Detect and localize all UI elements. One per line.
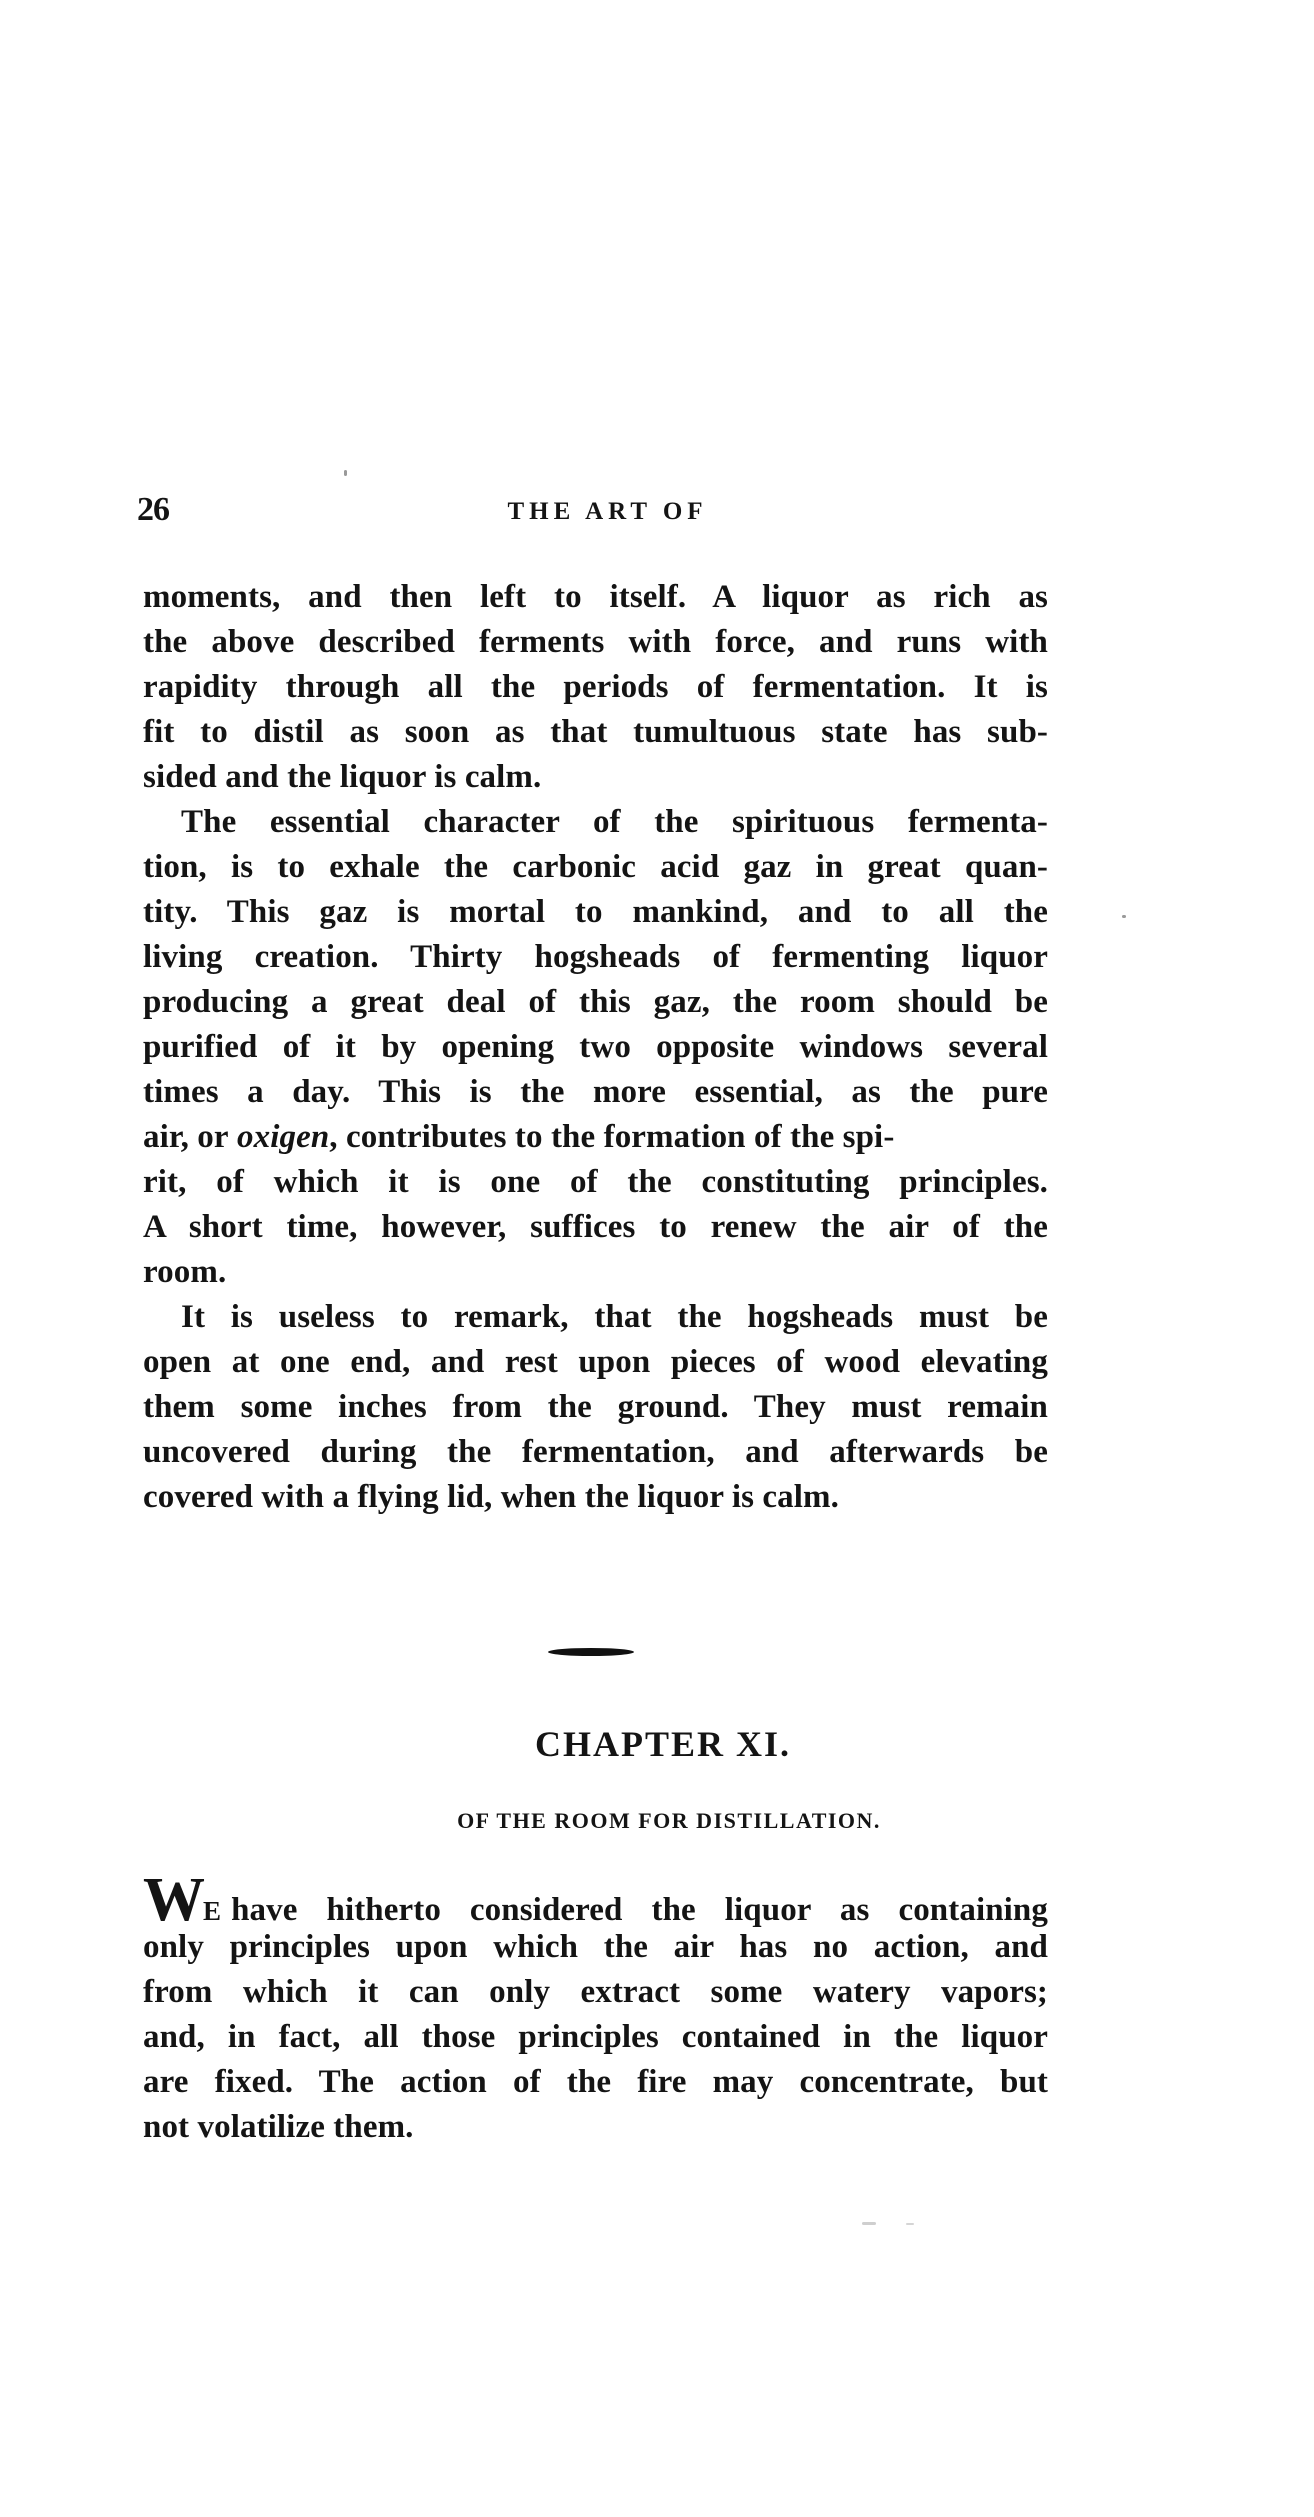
- text-line: It is useless to remark, that the hogshe…: [143, 1295, 1048, 1340]
- drop-cap-continuation: E: [203, 1896, 221, 1926]
- text-line: sided and the liquor is calm.: [143, 755, 1048, 800]
- paragraph: It is useless to remark, that the hogshe…: [143, 1295, 1048, 1520]
- text-line: room.: [143, 1250, 1048, 1295]
- text-line: covered with a flying lid, when the liqu…: [143, 1475, 1048, 1520]
- text-line-with-dropcap: WEhave hitherto considered the liquor as…: [143, 1880, 1048, 1925]
- print-speck: [344, 470, 347, 476]
- text-run: , contributes to the formation of the sp…: [329, 1119, 894, 1155]
- text-line: tion, is to exhale the carbonic acid gaz…: [143, 845, 1048, 890]
- text-line: living creation. Thirty hogsheads of fer…: [143, 935, 1048, 980]
- print-speck: [862, 2222, 876, 2225]
- text-line: them some inches from the ground. They m…: [143, 1385, 1048, 1430]
- body-text-continued: moments, and then left to itself. A liqu…: [143, 575, 1048, 1520]
- text-line: purified of it by opening two opposite w…: [143, 1025, 1048, 1070]
- text-line: open at one end, and rest upon pieces of…: [143, 1340, 1048, 1385]
- book-page: 26 THE ART OF moments, and then left to …: [0, 0, 1314, 2517]
- text-line: from which it can only extract some wate…: [143, 1970, 1048, 2015]
- text-run: air, or: [143, 1119, 229, 1155]
- text-line-with-italic: air, or oxigen, contributes to the forma…: [143, 1115, 1048, 1160]
- text-line: are fixed. The action of the fire may co…: [143, 2060, 1048, 2105]
- paragraph: The essential character of the spirituou…: [143, 800, 1048, 1295]
- text-line: rit, of which it is one of the constitut…: [143, 1160, 1048, 1205]
- text-line: rapidity through all the periods of ferm…: [143, 665, 1048, 710]
- text-line: producing a great deal of this gaz, the …: [143, 980, 1048, 1025]
- chapter-body-text: WEhave hitherto considered the liquor as…: [143, 1880, 1048, 2150]
- text-line: only principles upon which the air has n…: [143, 1925, 1048, 1970]
- text-line: and, in fact, all those principles conta…: [143, 2015, 1048, 2060]
- running-title: THE ART OF: [137, 492, 1048, 532]
- chapter-title: CHAPTER XI.: [0, 1722, 1314, 1766]
- running-head: 26 THE ART OF: [137, 488, 1048, 532]
- print-speck: [1122, 915, 1126, 918]
- text-line: uncovered during the fermentation, and a…: [143, 1430, 1048, 1475]
- text-line: the above described ferments with force,…: [143, 620, 1048, 665]
- text-line: moments, and then left to itself. A liqu…: [143, 575, 1048, 620]
- chapter-subtitle: OF THE ROOM FOR DISTILLATION.: [0, 1806, 1314, 1836]
- text-line: The essential character of the spirituou…: [143, 800, 1048, 845]
- italic-term: oxigen: [237, 1119, 329, 1155]
- text-line: fit to distil as soon as that tumultuous…: [143, 710, 1048, 755]
- print-speck: [906, 2223, 914, 2225]
- ornamental-rule: [548, 1648, 634, 1656]
- text-line: times a day. This is the more essential,…: [143, 1070, 1048, 1115]
- paragraph: WEhave hitherto considered the liquor as…: [143, 1880, 1048, 2150]
- text-line: A short time, however, suffices to renew…: [143, 1205, 1048, 1250]
- text-line: not volatilize them.: [143, 2105, 1048, 2150]
- drop-cap: W: [143, 1866, 203, 1934]
- paragraph: moments, and then left to itself. A liqu…: [143, 575, 1048, 800]
- text-run: have hitherto considered the liquor as c…: [231, 1892, 1048, 1928]
- text-line: tity. This gaz is mortal to mankind, and…: [143, 890, 1048, 935]
